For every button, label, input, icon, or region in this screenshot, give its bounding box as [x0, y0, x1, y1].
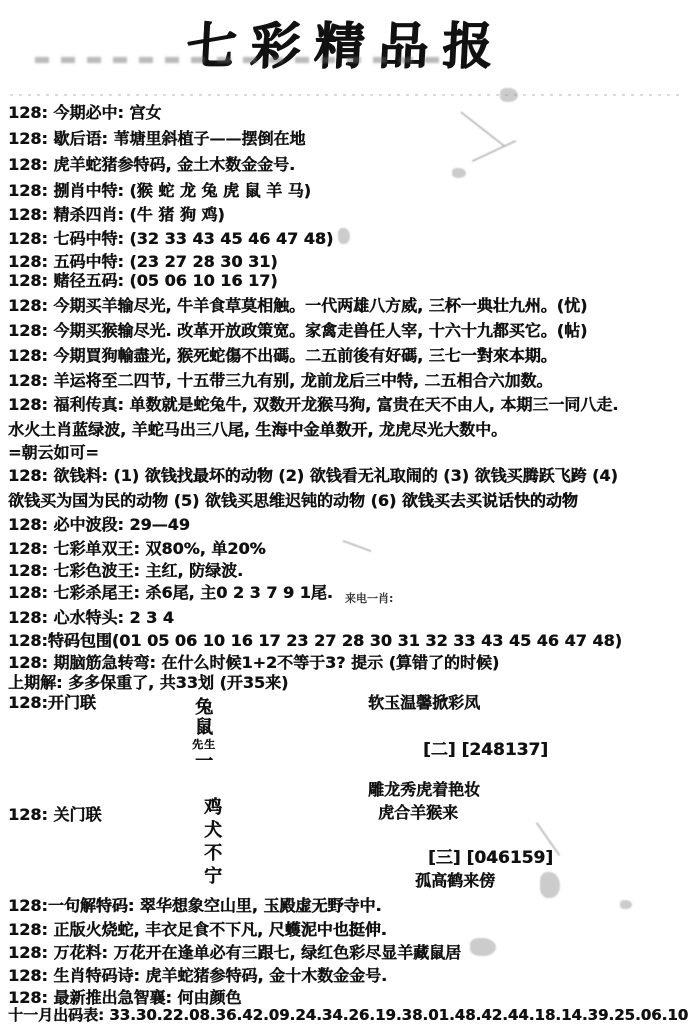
tip-line: 欲钱买为国为民的动物 (5) 欲钱买思维迟钝的动物 (6) 欲钱买去买说话快的动…	[8, 488, 578, 511]
close-couplet-label: 128: 关门联	[8, 802, 101, 825]
mid-couplet-line1: 雕龙秀虎着艳妆	[368, 777, 480, 800]
tip-line: 128: 今期買狗輸盡光, 猴死蛇傷不出碼。二五前後有好碼, 三七一對來本期。	[8, 343, 557, 366]
vertical-char: 宁	[204, 865, 222, 888]
close-couplet-vertical: 鸡 犬 不 宁	[204, 796, 222, 888]
scan-noise	[460, 111, 505, 146]
tip-line: 128: 必中波段: 29—49	[8, 512, 190, 535]
tip-line: 128: 欲钱料: (1) 欲钱找最坏的动物 (2) 欲钱看无礼取闹的 (3) …	[8, 463, 618, 486]
vertical-char: 不	[204, 842, 222, 865]
scan-noise	[338, 228, 350, 244]
tip-line: 128: 精杀四肖: (牛 猪 狗 鸡)	[8, 202, 225, 225]
tip-line: 128:特码包围(01 05 06 10 16 17 23 27 28 30 3…	[8, 628, 622, 651]
scan-dotted-line	[10, 94, 680, 96]
call-hint-note: 来电一肖:	[345, 590, 393, 606]
open-couplet-right-line: 软玉温馨掀彩凤	[368, 690, 480, 713]
tip-line: 128: 今期买羊输尽光, 牛羊食草莫相触。一代两雄八方威, 三杯一典壮九州。(…	[8, 293, 587, 316]
scan-noise	[500, 88, 518, 102]
close-couplet-code: [三] [046159]	[428, 843, 553, 868]
tip-line: 128: 歇后语: 苇塘里斜植子——摆倒在地	[8, 126, 305, 149]
scan-noise	[452, 168, 466, 178]
tip-line: 128: 万花料: 万花开在逢单必有三跟七, 绿红色彩尽显羊藏鼠居	[8, 940, 461, 963]
tip-line: 128: 七彩单双王: 双80%, 单20%	[8, 536, 266, 559]
tip-line: 128: 七码中特: (32 33 43 45 46 47 48)	[8, 226, 333, 249]
newspaper-page: 七彩精品报 128: 今期必中: 宫女 128: 歇后语: 苇塘里斜植子——摆倒…	[0, 0, 693, 1024]
scan-noise	[470, 938, 496, 956]
vertical-char: 一	[195, 752, 213, 772]
tip-line: 128: 福利传真: 单数就是蛇兔牛, 双数开龙猴马狗, 富贵在天不由人, 本期…	[8, 392, 618, 415]
tip-line: 128: 赌径五码: (05 06 10 16 17)	[8, 268, 278, 291]
tip-line: 128: 羊运将至二四节, 十五带三九有别, 龙前龙后三中特, 二五相合六加数。	[8, 368, 552, 391]
vertical-char: 兔	[195, 698, 213, 718]
vertical-char: 先生	[192, 738, 216, 752]
tip-line: 128: 生肖特码诗: 虎羊蛇猪参特码, 金十木数金金号.	[8, 963, 387, 986]
section-header: =朝云如可=	[8, 440, 99, 463]
tip-line: 128: 今期必中: 宫女	[8, 100, 161, 123]
mid-couplet-line2: 虎合羊猴来	[378, 800, 458, 823]
vertical-char: 鸡	[204, 796, 222, 819]
tip-line: 128:一句解特码: 翠华想象空山里, 玉殿虚无野寺中.	[8, 893, 382, 916]
scan-smudge	[35, 57, 445, 63]
tip-line: 128: 七彩色波王: 主红, 防绿波.	[8, 558, 243, 581]
open-couplet-code: [二] [248137]	[423, 735, 548, 760]
monthly-results-line: 十一月出码表: 33.30.22.08.36.42.09.24.34.26.19…	[8, 1004, 688, 1024]
tip-line: 128: 捌肖中特: (猴 蛇 龙 兔 虎 鼠 羊 马)	[8, 178, 311, 201]
tip-line: 128: 心水特头: 2 3 4	[8, 605, 174, 628]
vertical-char: 犬	[204, 819, 222, 842]
scan-noise	[343, 540, 372, 552]
vertical-char: 鼠	[195, 718, 213, 738]
open-couplet-vertical: 兔 鼠 先生 一	[192, 698, 216, 772]
tip-line: 水火土肖蓝绿波, 羊蛇马出三八尾, 生海中金单数开, 龙虎尽光大数中。	[8, 417, 507, 440]
scan-noise	[472, 140, 516, 162]
page-title: 七彩精品报	[0, 6, 693, 78]
tip-line: 128: 正版火烧蛇, 丰衣足食不下凡, 尺蠖泥中也挺伸.	[8, 917, 387, 940]
close-couplet-line: 孤高鹤来傍	[415, 868, 495, 891]
tip-line: 128: 七彩杀尾王: 杀6尾, 主0 2 3 7 9 1尾.	[8, 580, 333, 603]
scan-noise	[540, 872, 560, 898]
open-couplet-label: 128:开门联	[8, 690, 96, 713]
tip-line: 128: 今期买猴输尽光. 改革开放政策宽。家禽走兽任人宰, 十六十九都买它。(…	[8, 318, 587, 341]
tip-line: 128: 虎羊蛇猪参特码, 金土木数金金号.	[8, 152, 295, 175]
scan-noise	[620, 900, 632, 909]
